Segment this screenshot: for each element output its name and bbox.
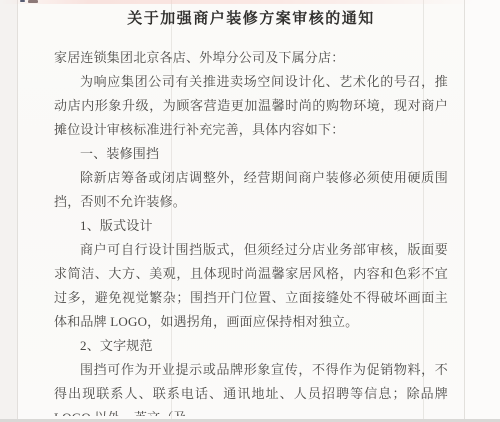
page-margin-left xyxy=(0,0,17,422)
doc-paragraph-section-1: 除新店筹备或闭店调整外，经营期间商户装修必须使用硬质围挡，否则不允许装修。 xyxy=(54,166,448,214)
doc-paragraph-layout-design: 商户可自行设计围挡版式，但须经过分店业务部审核，版面要求简洁、大方、美观，且体现… xyxy=(54,238,448,334)
doc-heading-layout-design: 1、版式设计 xyxy=(54,214,448,238)
top-ink-smudge-1 xyxy=(20,0,25,2)
notice-document: 关于加强商户装修方案审核的通知 家居连锁集团北京各店、外埠分公司及下属分店： 为… xyxy=(54,6,448,416)
page-crease-right-outer xyxy=(464,0,465,422)
document-body: 家居连锁集团北京各店、外埠分公司及下属分店： 为响应集团公司有关推进卖场空间设计… xyxy=(54,46,448,416)
doc-greeting: 家居连锁集团北京各店、外埠分公司及下属分店： xyxy=(54,46,448,70)
document-title: 关于加强商户装修方案审核的通知 xyxy=(54,6,448,32)
top-edge-pink-artifact xyxy=(0,0,500,4)
page-margin-right xyxy=(464,0,500,422)
top-ink-smudge-2 xyxy=(28,0,38,3)
page-crease-left xyxy=(17,0,18,422)
doc-heading-section-1: 一、装修围挡 xyxy=(54,142,448,166)
doc-heading-text-rules: 2、文字规范 xyxy=(54,334,448,358)
doc-paragraph-text-rules: 围挡可作为开业提示或品牌形象宣传，不得作为促销物料，不得出现联系人、联系电话、通… xyxy=(54,358,448,416)
doc-paragraph-intro: 为响应集团公司有关推进卖场空间设计化、艺术化的号召，推动店内形象升级，为顾客营造… xyxy=(54,70,448,142)
